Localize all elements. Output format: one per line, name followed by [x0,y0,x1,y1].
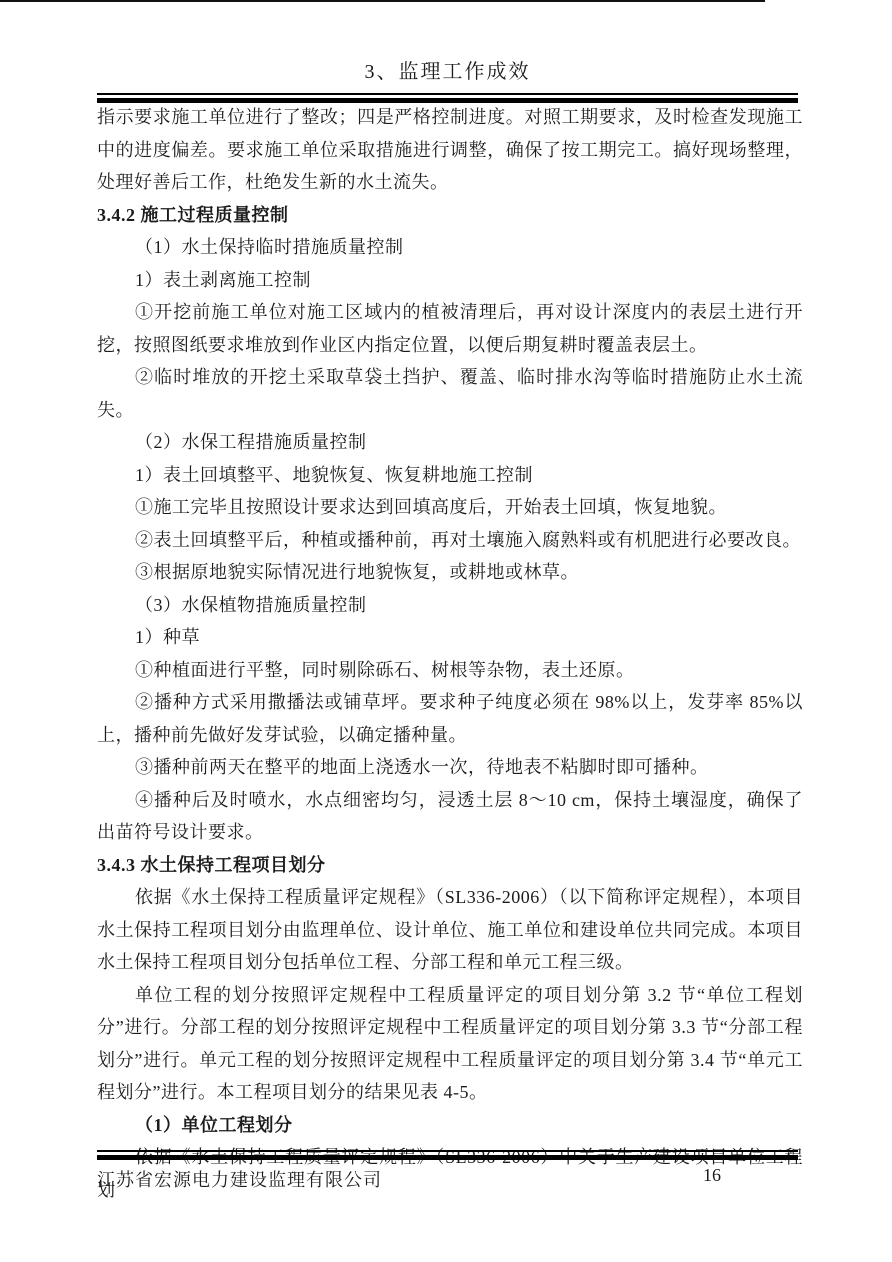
section-heading: 3.4.2 施工过程质量控制 [97,199,803,232]
paragraph: 1）种草 [97,621,803,654]
scan-edge-line [0,0,765,2]
paragraph: ③播种前两天在整平的地面上浇透水一次，待地表不粘脚时即可播种。 [97,751,803,784]
paragraph: （2）水保工程措施质量控制 [97,426,803,459]
paragraph: ②临时堆放的开挖土采取草袋土挡护、覆盖、临时排水沟等临时措施防止水土流失。 [97,361,803,426]
paragraph: ②播种方式采用撒播法或铺草坪。要求种子纯度必须在 98%以上，发芽率 85%以上… [97,686,803,751]
paragraph: 指示要求施工单位进行了整改；四是严格控制进度。对照工期要求，及时检查发现施工中的… [97,101,803,199]
paragraph: ①开挖前施工单位对施工区域内的植被清理后，再对设计深度内的表层土进行开挖，按照图… [97,296,803,361]
section-heading: 3.4.3 水土保持工程项目划分 [97,849,803,882]
document-body: 指示要求施工单位进行了整改；四是严格控制进度。对照工期要求，及时检查发现施工中的… [97,101,803,1206]
paragraph: （1）水土保持临时措施质量控制 [97,231,803,264]
paragraph: 1）表土剥离施工控制 [97,264,803,297]
paragraph: ④播种后及时喷水，水点细密均匀，浸透土层 8～10 cm，保持土壤湿度，确保了出… [97,784,803,849]
paragraph: ②表土回填整平后，种植或播种前，再对土壤施入腐熟料或有机肥进行必要改良。 [97,524,803,557]
footer-rule [97,1150,798,1160]
company-name: 江苏省宏源电力建设监理有限公司 [97,1166,382,1192]
paragraph: 依据《水土保持工程质量评定规程》（SL336-2006）（以下简称评定规程），本… [97,881,803,979]
paragraph: ①种植面进行平整，同时剔除砾石、树根等杂物，表土还原。 [97,654,803,687]
paragraph: ③根据原地貌实际情况进行地貌恢复，或耕地或林草。 [97,556,803,589]
page-footer: 江苏省宏源电力建设监理有限公司 16 [97,1150,798,1197]
chapter-title: 3、监理工作成效 [97,55,798,84]
page-number: 16 [703,1165,721,1186]
paragraph: （3）水保植物措施质量控制 [97,589,803,622]
paragraph: 1）表土回填整平、地貌恢复、恢复耕地施工控制 [97,459,803,492]
paragraph: ①施工完毕且按照设计要求达到回填高度后，开始表土回填，恢复地貌。 [97,491,803,524]
section-heading: （1）单位工程划分 [97,1109,803,1142]
document-page: 3、监理工作成效 指示要求施工单位进行了整改；四是严格控制进度。对照工期要求，及… [0,0,892,1262]
paragraph: 单位工程的划分按照评定规程中工程质量评定的项目划分第 3.2 节“单位工程划分”… [97,979,803,1109]
footer-rule-thick-line [97,1155,798,1160]
page-header: 3、监理工作成效 [97,55,798,103]
